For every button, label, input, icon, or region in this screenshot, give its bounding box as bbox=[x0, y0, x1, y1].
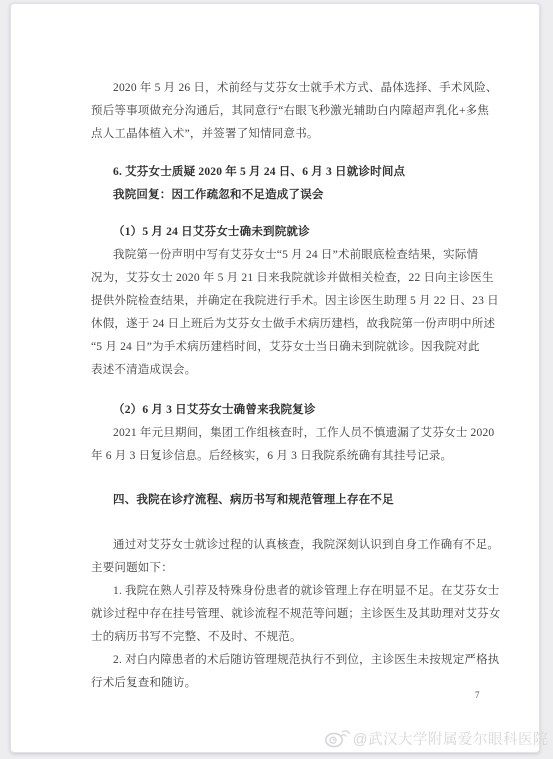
text-line: 2. 对白内障患者的术后随访管理规范执行不到位，主诊医生未按规定严格执 bbox=[91, 649, 473, 672]
text-line: 就诊过程中存在挂号管理、就诊流程不规范等问题；主诊医生及其助理对艾芬女 bbox=[91, 603, 473, 626]
document-body: 2020 年 5 月 26 日，术前经与艾芬女士就手术方式、晶体选择、手术风险、… bbox=[91, 77, 473, 695]
text-line: 主要问题如下： bbox=[91, 557, 473, 580]
text-line: 点人工晶体植入术”，并签署了知情同意书。 bbox=[91, 123, 473, 146]
document-page: 2020 年 5 月 26 日，术前经与艾芬女士就手术方式、晶体选择、手术风险、… bbox=[10, 3, 540, 753]
text-line: （1）5 月 24 日艾芬女士确未到院就诊 bbox=[91, 221, 473, 244]
watermark: @武汉大学附属爱尔眼科医院 bbox=[324, 727, 548, 749]
heading-block: 四、我院在诊疗流程、病历书写和规范管理上存在不足 bbox=[91, 489, 473, 512]
text-line: （2）6 月 3 日艾芬女士确曾来我院复诊 bbox=[91, 399, 473, 422]
page-number: 7 bbox=[475, 690, 480, 700]
text-line: 1. 我院在熟人引荐及特殊身份患者的就诊管理上存在明显不足。在艾芬女士 bbox=[91, 580, 473, 603]
text-line: 我院第一份声明中写有艾芬女士“5 月 24 日”术前眼底检查结果，实际情 bbox=[91, 244, 473, 267]
heading-block: （2）6 月 3 日艾芬女士确曾来我院复诊 bbox=[91, 399, 473, 422]
paragraph-block: 2. 对白内障患者的术后随访管理规范执行不到位，主诊医生未按规定严格执行术后复查… bbox=[91, 649, 473, 695]
text-line: 况为，艾芬女士 2020 年 5 月 21 日来我院就诊并做相关检查，22 日向… bbox=[91, 267, 473, 290]
heading-block: （1）5 月 24 日艾芬女士确未到院就诊 bbox=[91, 221, 473, 244]
text-line: 预后等事项做充分沟通后，其同意行“右眼飞秒激光辅助白内障超声乳化+多焦 bbox=[91, 100, 473, 123]
text-line: 年 6 月 3 日复诊信息。后经核实，6 月 3 日我院系统确有其挂号记录。 bbox=[91, 445, 473, 468]
text-line: 2021 年元旦期间，集团工作组核查时，工作人员不慎遗漏了艾芬女士 2020 bbox=[91, 422, 473, 445]
text-line: 表述不清造成误会。 bbox=[91, 359, 473, 382]
paragraph-block: 2021 年元旦期间，集团工作组核查时，工作人员不慎遗漏了艾芬女士 2020年 … bbox=[91, 422, 473, 468]
paragraph-block: 1. 我院在熟人引荐及特殊身份患者的就诊管理上存在明显不足。在艾芬女士就诊过程中… bbox=[91, 580, 473, 649]
weibo-icon bbox=[324, 727, 350, 749]
watermark-text: @武汉大学附属爱尔眼科医院 bbox=[353, 728, 548, 749]
heading-block: 6. 艾芬女士质疑 2020 年 5 月 24 日、6 月 3 日就诊时间点我院… bbox=[91, 161, 473, 207]
text-line: 通过对艾芬女士就诊过程的认真核查，我院深刻认识到自身工作确有不足。 bbox=[91, 534, 473, 557]
paragraph-block: 通过对艾芬女士就诊过程的认真核查，我院深刻认识到自身工作确有不足。主要问题如下： bbox=[91, 534, 473, 580]
text-line: 行术后复查和随访。 bbox=[91, 672, 473, 695]
text-line: 提供外院检查结果，并确定在我院进行手术。因主诊医生助理 5 月 22 日、23 … bbox=[91, 290, 473, 313]
paragraph-block: 我院第一份声明中写有艾芬女士“5 月 24 日”术前眼底检查结果，实际情况为，艾… bbox=[91, 244, 473, 382]
text-line: 士的病历书写不完整、不及时、不规范。 bbox=[91, 626, 473, 649]
paragraph-block: 2020 年 5 月 26 日，术前经与艾芬女士就手术方式、晶体选择、手术风险、… bbox=[91, 77, 473, 146]
text-line: “5 月 24 日”为手术病历建档时间，艾芬女士当日确未到院就诊。因我院对此 bbox=[91, 336, 473, 359]
screenshot-root: { "page": { "background_color": "#ededf0… bbox=[0, 0, 553, 759]
text-line: 休假，遂于 24 日上班后为艾芬女士做手术病历建档，故我院第一份声明中所述 bbox=[91, 313, 473, 336]
text-line: 6. 艾芬女士质疑 2020 年 5 月 24 日、6 月 3 日就诊时间点 bbox=[91, 161, 473, 184]
text-line: 2020 年 5 月 26 日，术前经与艾芬女士就手术方式、晶体选择、手术风险、 bbox=[91, 77, 473, 100]
text-line: 四、我院在诊疗流程、病历书写和规范管理上存在不足 bbox=[91, 489, 473, 512]
text-line: 我院回复：因工作疏忽和不足造成了误会 bbox=[91, 184, 473, 207]
